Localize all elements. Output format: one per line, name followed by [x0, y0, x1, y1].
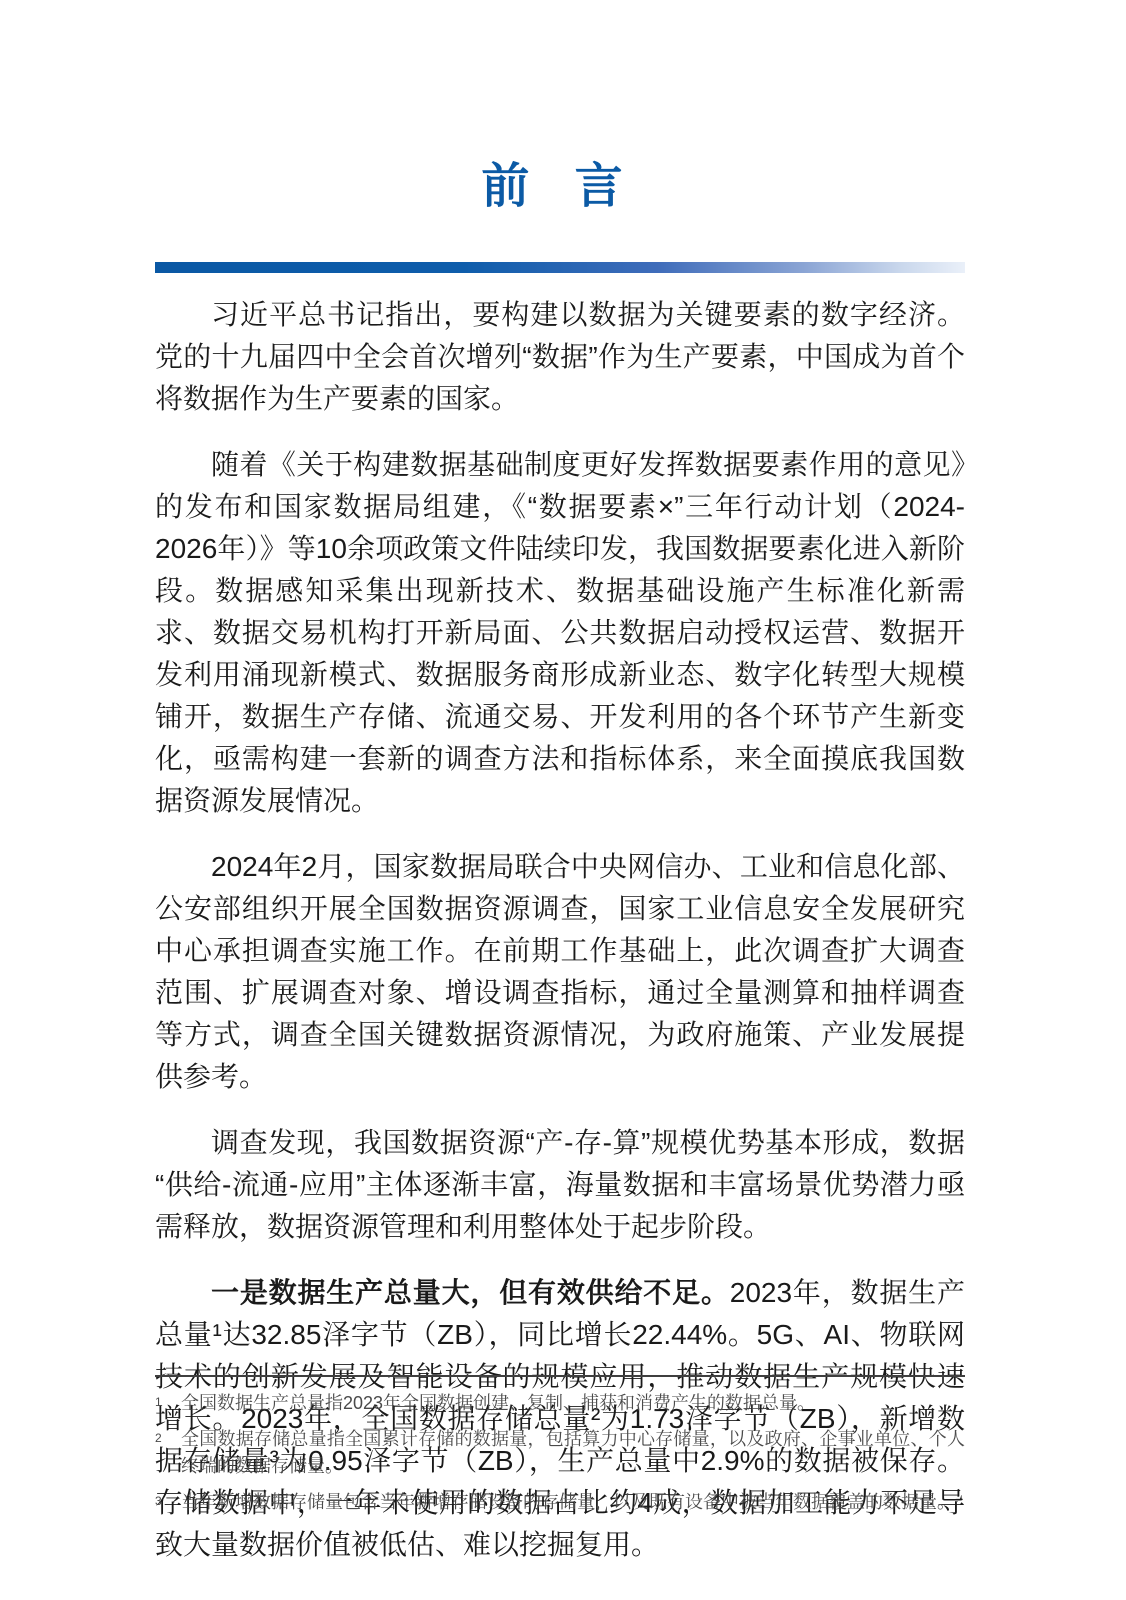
footnote-text: 全国数据生产总量指2023年全国数据创建、复制、捕获和消费产生的数据总量。	[181, 1390, 965, 1417]
body-paragraph: 习近平总书记指出，要构建以数据为关键要素的数字经济。党的十九届四中全会首次增列“…	[155, 294, 965, 420]
footnote-text: 全国数据存储总量指全国累计存储的数据量，包括算力中心存储量，以及政府、企事业单位…	[181, 1426, 965, 1480]
footnote-item: 1 全国数据生产总量指2023年全国数据创建、复制、捕获和消费产生的数据总量。	[155, 1390, 965, 1417]
footnote-section: 1 全国数据生产总量指2023年全国数据创建、复制、捕获和消费产生的数据总量。 …	[155, 1375, 965, 1525]
footnote-item: 3 当年新增数据存储量包含当年新增存储设备的存储量，以及既有设备中被当年数据覆盖…	[155, 1489, 965, 1516]
footnote-marker: 3	[155, 1489, 181, 1510]
body-paragraph: 调查发现，我国数据资源“产-存-算”规模优势基本形成，数据“供给-流通-应用”主…	[155, 1122, 965, 1248]
footnote-marker: 1	[155, 1390, 181, 1411]
page-title: 前 言	[155, 160, 965, 214]
body-paragraph: 2024年2月，国家数据局联合中央网信办、工业和信息化部、公安部组织开展全国数据…	[155, 846, 965, 1098]
body-paragraph: 随着《关于构建数据基础制度更好发挥数据要素作用的意见》的发布和国家数据局组建，《…	[155, 444, 965, 822]
document-page: 前 言 习近平总书记指出，要构建以数据为关键要素的数字经济。党的十九届四中全会首…	[0, 0, 1126, 1600]
footnote-marker: 2	[155, 1426, 181, 1447]
footnote-text: 当年新增数据存储量包含当年新增存储设备的存储量，以及既有设备中被当年数据覆盖的数…	[181, 1489, 965, 1516]
gradient-divider-bar	[155, 262, 965, 273]
paragraph-bold-lead: 一是数据生产总量大，但有效供给不足。	[211, 1277, 730, 1308]
footnote-item: 2 全国数据存储总量指全国累计存储的数据量，包括算力中心存储量，以及政府、企事业…	[155, 1426, 965, 1480]
